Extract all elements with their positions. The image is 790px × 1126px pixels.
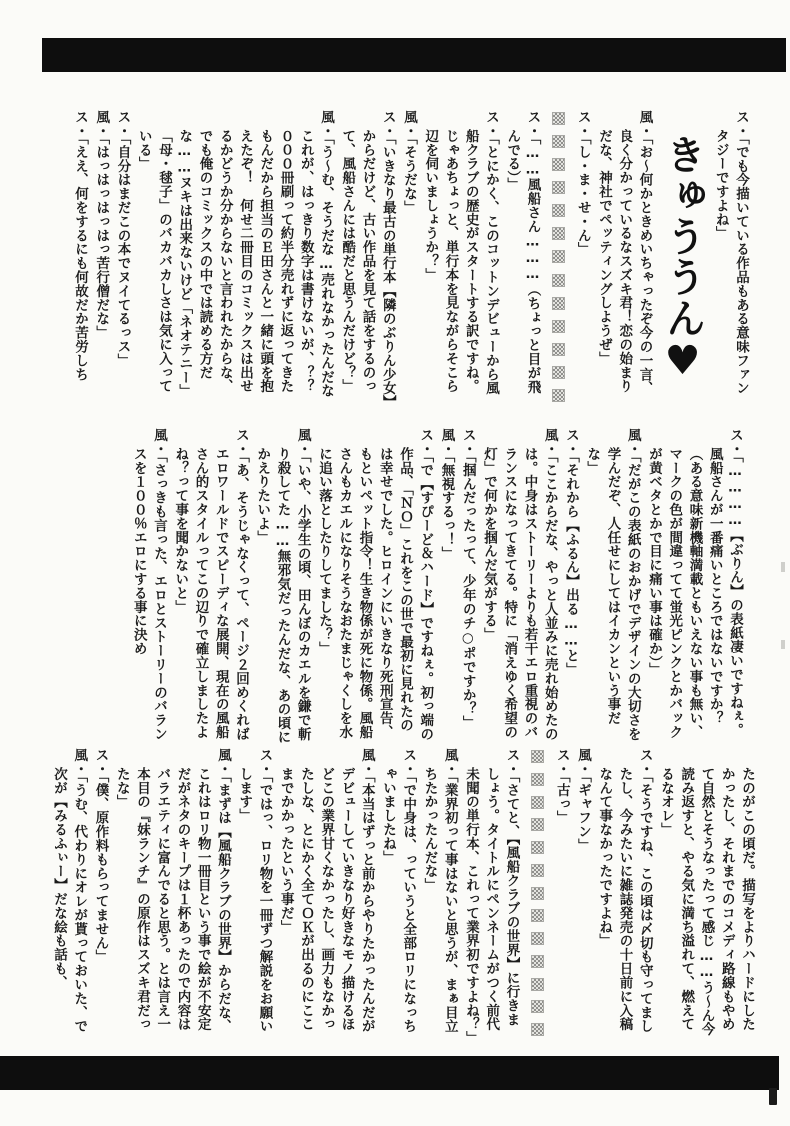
checker-square-icon bbox=[531, 773, 544, 786]
dialogue-text: 「いきなり最古の単行本【隣のぶりん少女】からだけど、古い作品を見て話をするのって… bbox=[339, 129, 396, 403]
checker-square-icon bbox=[552, 181, 565, 194]
speaker-label: ス・ bbox=[380, 110, 396, 138]
dialogue-line: ス・「ええ、何をするにも何故だか苦労しち bbox=[70, 110, 90, 406]
page-title: きゅううん♥ bbox=[660, 110, 706, 406]
dialogue-text: 「ここからだな、やっと人並みに売れ始めたのは。中身はストーリーよりも若干エロ重視… bbox=[481, 447, 558, 741]
dialogue-line: 風・「いや、小学生の頃、田んぼのカエルを鎌で斬り殺してた……無邪気だったんだな、… bbox=[252, 428, 313, 746]
dialogue-line: 風・「まずは【風船クラブの世界】からだな、これはロリ物一冊目という事で絵が不安定… bbox=[112, 748, 234, 1040]
interview-section-bottom: たのがこの頃だ。描写をよりハードにしたかったし、それまでのコメディ路線もやめて自… bbox=[18, 748, 758, 1040]
checker-square-icon bbox=[552, 320, 565, 333]
dialogue-text: 「でも今描いている作品もある意味ファンタジーですよね」 bbox=[713, 129, 749, 395]
dialogue-text: 「まずは【風船クラブの世界】からだな、これはロリ物一冊目という事で絵が不安定だが… bbox=[114, 767, 231, 1033]
dialogue-line: 風・「業界初って事はないと思うが、まぁ目立ちたかったんだな」 bbox=[419, 748, 460, 1040]
dialogue-text: 「掴んだったって、少年のチ○ポですか？」 bbox=[460, 456, 476, 730]
checker-square-icon bbox=[531, 841, 544, 854]
dialogue-text: 「そうだな」 bbox=[401, 138, 417, 215]
checker-square-icon bbox=[531, 864, 544, 877]
speaker-label: 風・ bbox=[401, 110, 417, 138]
dialogue-text: 「で中身は、っていうと全部ロリになっちゃいましたね」 bbox=[380, 767, 416, 1033]
checker-square-icon bbox=[531, 978, 544, 991]
dialogue-line: ス・「そうですね、この頃は〆切も守ってましたし、今みたいに雑誌発売の十日前に入稿… bbox=[594, 748, 655, 1040]
speaker-label: ス・ bbox=[727, 428, 743, 456]
speaker-label: 風・ bbox=[71, 748, 87, 776]
dialogue-text: 「うむ、代わりにオレが貰っておいた、で次が【みるふぃー】だな絵も話も、 bbox=[51, 767, 87, 1033]
speaker-label: 風・ bbox=[439, 428, 455, 456]
speaker-label: 風・ bbox=[575, 748, 591, 776]
dialogue-line: 風・「無視するっ！」 bbox=[436, 428, 456, 746]
speaker-label: ス・ bbox=[575, 110, 591, 138]
checker-square-icon bbox=[552, 250, 565, 263]
checker-square-icon bbox=[552, 274, 565, 287]
checker-square-icon bbox=[531, 909, 544, 922]
checker-square-icon bbox=[531, 750, 544, 763]
dialogue-line: ス・「…………【ぶりん】の表紙凄いですねぇ。風船さんが一番痛いところではないです… bbox=[644, 428, 745, 746]
dialogue-line: ス・「あ、そうじゃなくって、ページ２回めくればエロワールドでスピーディな展開、現… bbox=[170, 428, 251, 746]
top-rule-bar bbox=[42, 38, 786, 72]
scan-artifact bbox=[781, 640, 785, 649]
dialogue-line: ス・「掴んだったって、少年のチ○ポですか？」 bbox=[458, 428, 478, 746]
dialogue-line: 風・「そうだな」 bbox=[399, 110, 419, 406]
dialogue-text: 「ギャフン」 bbox=[575, 776, 591, 853]
dialogue-text: 「古っ」 bbox=[554, 776, 570, 825]
speaker-label: ス・ bbox=[504, 748, 520, 776]
dialogue-line: 風・「だがこの表紙のおかげでデザインの大切さを学んだぞ、人任せにしてはイカンとい… bbox=[582, 428, 643, 746]
dialogue-line: 風・「お〜何かときめいちゃったぞ今の一言、良く分かっているなスズキ君！恋の始まり… bbox=[594, 110, 655, 406]
checker-square-icon bbox=[552, 389, 565, 402]
checker-square-icon bbox=[531, 887, 544, 900]
dialogue-line: ス・「僕、原作料もらってません」 bbox=[90, 748, 110, 1040]
dialogue-text: 「し・ま・せ・ん」 bbox=[575, 138, 591, 256]
scan-artifact bbox=[781, 562, 785, 572]
speaker-label: ス・ bbox=[233, 428, 249, 456]
dialogue-text: 「お〜何かときめいちゃったぞ今の一言、良く分かっているなスズキ君！恋の始まりだな… bbox=[596, 129, 653, 395]
speaker-label: 風・ bbox=[625, 428, 641, 456]
speaker-label: 風・ bbox=[151, 428, 167, 456]
speaker-label: ス・ bbox=[93, 748, 109, 776]
dialogue-line: ス・「いきなり最古の単行本【隣のぶりん少女】からだけど、古い作品を見て話をするの… bbox=[337, 110, 398, 406]
speaker-label: 風・ bbox=[93, 110, 109, 138]
page-corner-mark bbox=[769, 1088, 777, 1105]
dialogue-line: 風・「ここからだな、やっと人並みに売れ始めたのは。中身はストーリーよりも若干エロ… bbox=[479, 428, 560, 746]
dialogue-text: 「業界初って事はないと思うが、まぁ目立ちたかったんだな」 bbox=[422, 767, 458, 1033]
dialogue-text: 「いや、小学生の頃、田んぼのカエルを鎌で斬り殺してた……無邪気だったんだな、あの… bbox=[254, 447, 311, 744]
dialogue-text: 「…………【ぶりん】の表紙凄いですねぇ。風船さんが一番痛いところではないですか？… bbox=[646, 447, 743, 739]
speaker-label: ス・ bbox=[483, 110, 499, 138]
speaker-label: ス・ bbox=[525, 110, 541, 138]
speaker-label: ス・ bbox=[417, 428, 433, 456]
speaker-label: ス・ bbox=[400, 748, 416, 776]
dialogue-text: 「はっはっはっはっ苦行僧だな」 bbox=[93, 138, 109, 340]
scanned-interview-page: { "title": "きゅううん♥", "divider_square_cou… bbox=[0, 0, 790, 1126]
dialogue-text: 「あ、そうじゃなくって、ページ２回めくればエロワールドでスピーディな展開、現在の… bbox=[172, 447, 249, 741]
dialogue-line: ス・「とにかく、このコットンデビューから風船クラブの歴史がスタートする訳ですね。… bbox=[420, 110, 501, 406]
dialogue-line: 風・「はっはっはっはっ苦行僧だな」 bbox=[91, 110, 111, 406]
checker-square-icon bbox=[552, 158, 565, 171]
checker-square-icon bbox=[552, 366, 565, 379]
speaker-label: 風・ bbox=[318, 110, 334, 138]
checker-square-icon bbox=[552, 297, 565, 310]
dialogue-line: ス・「で中身は、っていうと全部ロリになっちゃいましたね」 bbox=[378, 748, 419, 1040]
speaker-label: ス・ bbox=[257, 748, 273, 776]
dialogue-line: ス・「ではっ、ロリ物を一冊ずつ解説をお願いします」 bbox=[234, 748, 275, 1040]
dialogue-text: 「ではっ、ロリ物を一冊ずつ解説をお願いします」 bbox=[236, 767, 272, 1033]
dialogue-text: 「だがこの表紙のおかげでデザインの大切さを学んだぞ、人任せにしてはイカンという事… bbox=[584, 447, 641, 741]
speaker-label: 風・ bbox=[295, 428, 311, 456]
dialogue-text: 「とにかく、このコットンデビューから風船クラブの歴史がスタートする訳ですね。じゃ… bbox=[422, 129, 499, 395]
bottom-rule-bar bbox=[0, 1056, 779, 1090]
dialogue-line: ス・「さてと、【風船クラブの世界】に行きましょう。タイトルにペンネームがつく前代… bbox=[461, 748, 522, 1040]
dialogue-text: 「そうですね、この頃は〆切も守ってましたし、今みたいに雑誌発売の十日前に入稿なん… bbox=[596, 767, 653, 1033]
speaker-label: ス・ bbox=[637, 748, 653, 776]
dialogue-line: ス・「……風船さん………（ちょっと目が飛んでる）」 bbox=[502, 110, 543, 406]
speaker-label: ス・ bbox=[554, 748, 570, 776]
dialogue-line: 風・「さっきも言った、エロとストーリーのバランスを１００％エロにする事に決め bbox=[129, 428, 170, 746]
checker-square-icon bbox=[552, 112, 565, 125]
interview-section-top: ス・「でも今描いている作品もある意味ファンタジーですよね」きゅううん♥風・「お〜… bbox=[34, 110, 752, 406]
speaker-label: 風・ bbox=[542, 428, 558, 456]
dialogue-text: 「ええ、何をするにも何故だか苦労しち bbox=[72, 138, 88, 382]
interview-section-middle: ス・「…………【ぶりん】の表紙凄いですねぇ。風船さんが一番痛いところではないです… bbox=[34, 428, 746, 746]
checker-divider bbox=[531, 750, 543, 1036]
dialogue-line: ス・「自分はまだこの本でヌイてるっス」 bbox=[112, 110, 132, 406]
checker-square-icon bbox=[531, 818, 544, 831]
dialogue-text: 「それから【ふるん】出る……と」 bbox=[563, 456, 579, 677]
speaker-label: ス・ bbox=[115, 110, 131, 138]
dialogue-line: たのがこの頃だ。描写をよりハードにしたかったし、それまでのコメディ路線もやめて自… bbox=[656, 748, 757, 1040]
dialogue-line: 風・「ギャフン」 bbox=[573, 748, 593, 1040]
dialogue-line: ス・「古っ」 bbox=[552, 748, 572, 1040]
dialogue-text: 「無視するっ！」 bbox=[439, 456, 455, 561]
dialogue-line: ス・「で【すぴーど＆ハード】ですねぇ。初っ端の作品、「ＮＯ」これをこの世で最初に… bbox=[314, 428, 436, 746]
speaker-label: ス・ bbox=[72, 110, 88, 138]
checker-square-icon bbox=[531, 932, 544, 945]
dialogue-text: 「さてと、【風船クラブの世界】に行きましょう。タイトルにペンネームがつく前代未聞… bbox=[463, 767, 520, 1045]
dialogue-text: 「……風船さん………（ちょっと目が飛んでる）」 bbox=[504, 129, 540, 394]
dialogue-line: 風・「うむ、代わりにオレが貰っておいた、で次が【みるふぃー】だな絵も話も、 bbox=[49, 748, 90, 1040]
checker-divider bbox=[552, 112, 564, 402]
speaker-label: 風・ bbox=[442, 748, 458, 776]
checker-square-icon bbox=[552, 204, 565, 217]
checker-square-icon bbox=[531, 796, 544, 809]
speaker-label: ス・ bbox=[733, 110, 749, 138]
checker-square-icon bbox=[531, 955, 544, 968]
checker-square-icon bbox=[552, 135, 565, 148]
checker-square-icon bbox=[531, 1023, 544, 1036]
checker-square-icon bbox=[552, 227, 565, 240]
dialogue-line: 風・「本当はずっと前からやりたかったんだがデビューしていきなり好きなモノ描けるほ… bbox=[276, 748, 377, 1040]
dialogue-text: 「自分はまだこの本でヌイてるっス」 bbox=[115, 138, 131, 368]
checker-square-icon bbox=[552, 343, 565, 356]
dialogue-line: ス・「し・ま・せ・ん」 bbox=[573, 110, 593, 406]
dialogue-text: 「で【すぴーど＆ハード】ですねぇ。初っ端の作品、「ＮＯ」これをこの世で最初に見れ… bbox=[316, 447, 433, 741]
dialogue-line: ス・「でも今描いている作品もある意味ファンタジーですよね」 bbox=[711, 110, 752, 406]
dialogue-text: 「僕、原作料もらってません」 bbox=[93, 776, 109, 964]
dialogue-text: 「さっきも言った、エロとストーリーのバランスを１００％エロにする事に決め bbox=[131, 447, 167, 741]
dialogue-text: 「本当はずっと前からやりたかったんだがデビューしていきなり好きなモノ描けるほどこ… bbox=[278, 767, 375, 1033]
speaker-label: 風・ bbox=[637, 110, 653, 138]
dialogue-line: ス・「それから【ふるん】出る……と」 bbox=[561, 428, 581, 746]
dialogue-text: 「う〜む、そうだな…売れなかったんだなこれが、はっきり数字は書けないが、？？００… bbox=[136, 129, 334, 398]
speaker-label: 風・ bbox=[359, 748, 375, 776]
speaker-label: ス・ bbox=[563, 428, 579, 456]
speaker-label: ス・ bbox=[460, 428, 476, 456]
dialogue-line: 風・「う〜む、そうだな…売れなかったんだなこれが、はっきり数字は書けないが、？？… bbox=[134, 110, 337, 406]
checker-square-icon bbox=[531, 1000, 544, 1013]
speaker-label: 風・ bbox=[215, 748, 231, 776]
